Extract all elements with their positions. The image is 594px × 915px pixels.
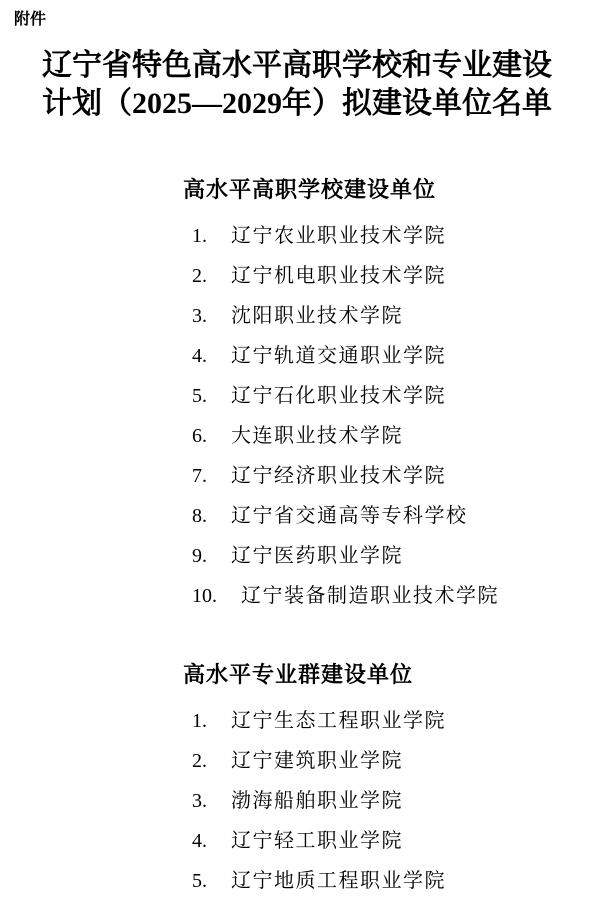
item-name: 渤海船舶职业学院	[231, 790, 403, 812]
list-item: 5.辽宁地质工程职业学院	[192, 861, 594, 901]
list-item: 8.辽宁省交通高等专科学校	[192, 496, 594, 536]
list-item: 1.辽宁生态工程职业学院	[192, 701, 594, 741]
item-number: 7.	[192, 465, 207, 487]
section-heading-program-group-units: 高水平专业群建设单位	[183, 662, 594, 688]
list-item: 4.辽宁轨道交通职业学院	[192, 336, 594, 376]
item-name: 辽宁装备制造职业技术学院	[241, 585, 499, 607]
section-program-group-units: 高水平专业群建设单位 1.辽宁生态工程职业学院2.辽宁建筑职业学院3.渤海船舶职…	[0, 662, 594, 901]
list-item: 2.辽宁建筑职业学院	[192, 741, 594, 781]
list-item: 9.辽宁医药职业学院	[192, 536, 594, 576]
item-number: 5.	[192, 385, 207, 407]
item-name: 辽宁医药职业学院	[231, 545, 403, 567]
list-item: 3.沈阳职业技术学院	[192, 296, 594, 336]
item-name: 辽宁轨道交通职业学院	[231, 345, 446, 367]
item-number: 8.	[192, 505, 207, 527]
item-name: 大连职业技术学院	[231, 425, 403, 447]
item-number: 4.	[192, 830, 207, 852]
item-number: 1.	[192, 225, 207, 247]
unit-list-school-units: 1.辽宁农业职业技术学院2.辽宁机电职业技术学院3.沈阳职业技术学院4.辽宁轨道…	[0, 216, 594, 616]
section-heading-school-units: 高水平高职学校建设单位	[183, 177, 594, 203]
item-number: 5.	[192, 870, 207, 892]
item-name: 辽宁生态工程职业学院	[231, 710, 446, 732]
item-number: 1.	[192, 710, 207, 732]
list-item: 6.大连职业技术学院	[192, 416, 594, 456]
item-name: 沈阳职业技术学院	[231, 305, 403, 327]
item-number: 9.	[192, 545, 207, 567]
list-item: 3.渤海船舶职业学院	[192, 781, 594, 821]
list-item: 10.辽宁装备制造职业技术学院	[192, 576, 594, 616]
item-number: 10.	[192, 585, 217, 607]
list-item: 5.辽宁石化职业技术学院	[192, 376, 594, 416]
item-name: 辽宁轻工职业学院	[231, 830, 403, 852]
item-number: 4.	[192, 345, 207, 367]
section-school-units: 高水平高职学校建设单位 1.辽宁农业职业技术学院2.辽宁机电职业技术学院3.沈阳…	[0, 177, 594, 616]
item-number: 6.	[192, 425, 207, 447]
item-name: 辽宁地质工程职业学院	[231, 870, 446, 892]
unit-list-program-group-units: 1.辽宁生态工程职业学院2.辽宁建筑职业学院3.渤海船舶职业学院4.辽宁轻工职业…	[0, 701, 594, 901]
item-name: 辽宁省交通高等专科学校	[231, 505, 468, 527]
list-item: 4.辽宁轻工职业学院	[192, 821, 594, 861]
list-item: 7.辽宁经济职业技术学院	[192, 456, 594, 496]
item-number: 3.	[192, 790, 207, 812]
item-name: 辽宁经济职业技术学院	[231, 465, 446, 487]
title-line-2: 计划（2025—2029年）拟建设单位名单	[0, 85, 594, 123]
item-number: 2.	[192, 750, 207, 772]
attachment-label: 附件	[14, 11, 46, 29]
item-name: 辽宁农业职业技术学院	[231, 225, 446, 247]
item-number: 3.	[192, 305, 207, 327]
document-page: 附件 辽宁省特色高水平高职学校和专业建设 计划（2025—2029年）拟建设单位…	[0, 0, 594, 915]
item-name: 辽宁建筑职业学院	[231, 750, 403, 772]
document-title: 辽宁省特色高水平高职学校和专业建设 计划（2025—2029年）拟建设单位名单	[0, 47, 594, 123]
item-number: 2.	[192, 265, 207, 287]
title-line-1: 辽宁省特色高水平高职学校和专业建设	[0, 47, 594, 85]
list-item: 1.辽宁农业职业技术学院	[192, 216, 594, 256]
list-item: 2.辽宁机电职业技术学院	[192, 256, 594, 296]
item-name: 辽宁机电职业技术学院	[231, 265, 446, 287]
item-name: 辽宁石化职业技术学院	[231, 385, 446, 407]
